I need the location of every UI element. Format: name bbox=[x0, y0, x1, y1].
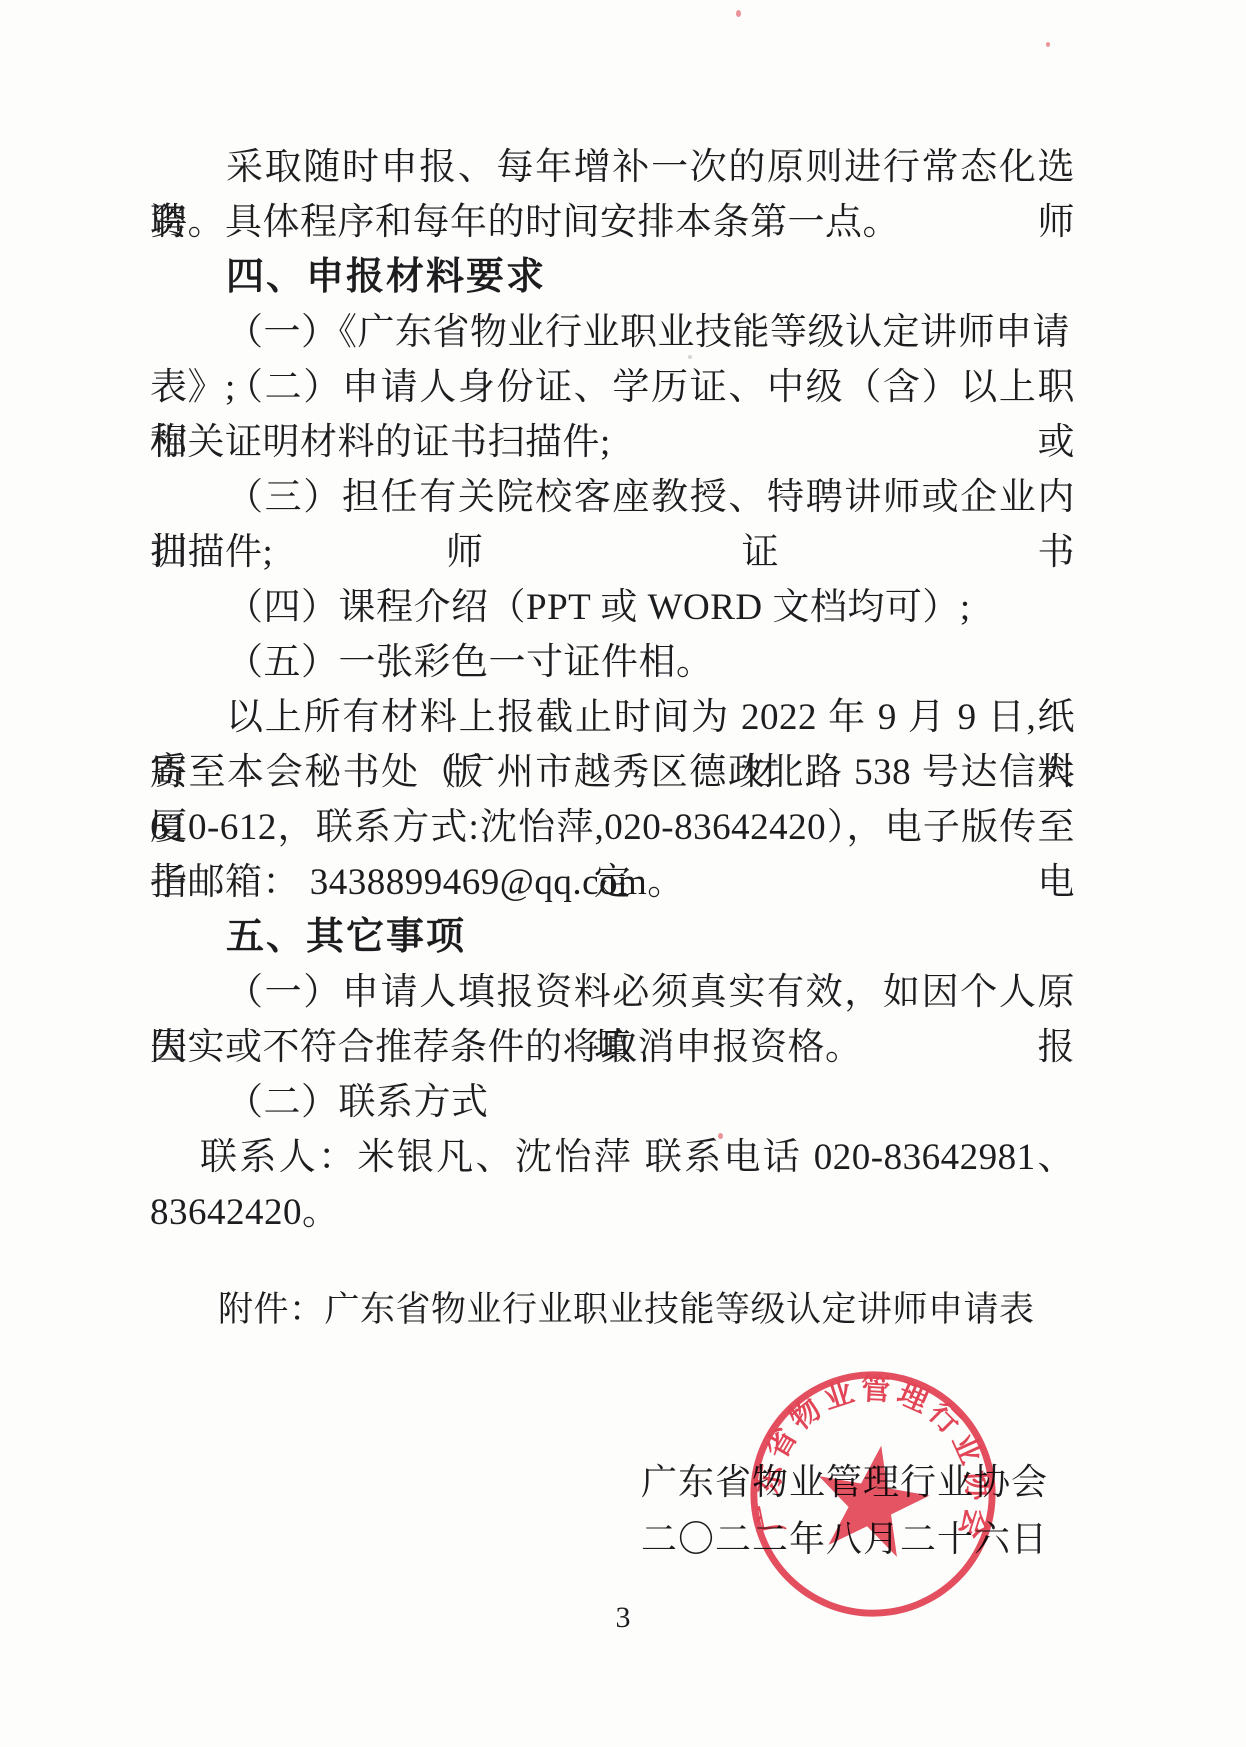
scan-speck bbox=[1046, 42, 1050, 47]
doc-line: 83642420。 bbox=[150, 1185, 1075, 1240]
section-heading: 五、其它事项 bbox=[150, 910, 1075, 965]
doc-line: 以上所有材料上报截止时间为 2022 年 9 月 9 日,纸质版材料 bbox=[150, 690, 1075, 745]
doc-line: 610-612，联系方式:沈怡萍,020-83642420），电子版传至指定电 bbox=[150, 800, 1075, 855]
doc-line: 寄至本会秘书处（广州市越秀区德政北路 538 号达信大厦 bbox=[150, 745, 1075, 800]
scan-speck bbox=[736, 10, 741, 17]
doc-line: （二）联系方式 bbox=[150, 1075, 1075, 1130]
attachment-line: 附件：广东省物业行业职业技能等级认定讲师申请表 bbox=[150, 1282, 1150, 1337]
doc-line: （一）《广东省物业行业职业技能等级认定讲师申请表》; bbox=[150, 305, 1075, 360]
doc-line: （三）担任有关院校客座教授、特聘讲师或企业内训师证书 bbox=[150, 470, 1075, 525]
doc-line: 采取随时申报、每年增补一次的原则进行常态化选聘师 bbox=[150, 140, 1075, 195]
doc-line: （一）申请人填报资料必须真实有效，如因个人原因填报 bbox=[150, 965, 1075, 1020]
scan-speck bbox=[688, 355, 692, 359]
document-body: 采取随时申报、每年增补一次的原则进行常态化选聘师 资。具体程序和每年的时间安排本… bbox=[150, 140, 1075, 1240]
doc-line: （五）一张彩色一寸证件相。 bbox=[150, 635, 1075, 690]
scanned-document-page: 采取随时申报、每年增补一次的原则进行常态化选聘师 资。具体程序和每年的时间安排本… bbox=[0, 0, 1246, 1747]
doc-line: （二）申请人身份证、学历证、中级（含）以上职称或 bbox=[150, 360, 1075, 415]
official-seal: 广东省物业管理行业协会 bbox=[745, 1366, 1001, 1622]
page-number: 3 bbox=[0, 1598, 1246, 1638]
scan-speck bbox=[718, 1133, 723, 1139]
doc-line: （四）课程介绍（PPT 或 WORD 文档均可）; bbox=[150, 580, 1075, 635]
doc-line: 联系人：米银凡、沈怡萍 联系电话 020-83642981、 bbox=[150, 1130, 1075, 1185]
star-icon bbox=[819, 1446, 930, 1557]
section-heading: 四、申报材料要求 bbox=[150, 250, 1075, 305]
